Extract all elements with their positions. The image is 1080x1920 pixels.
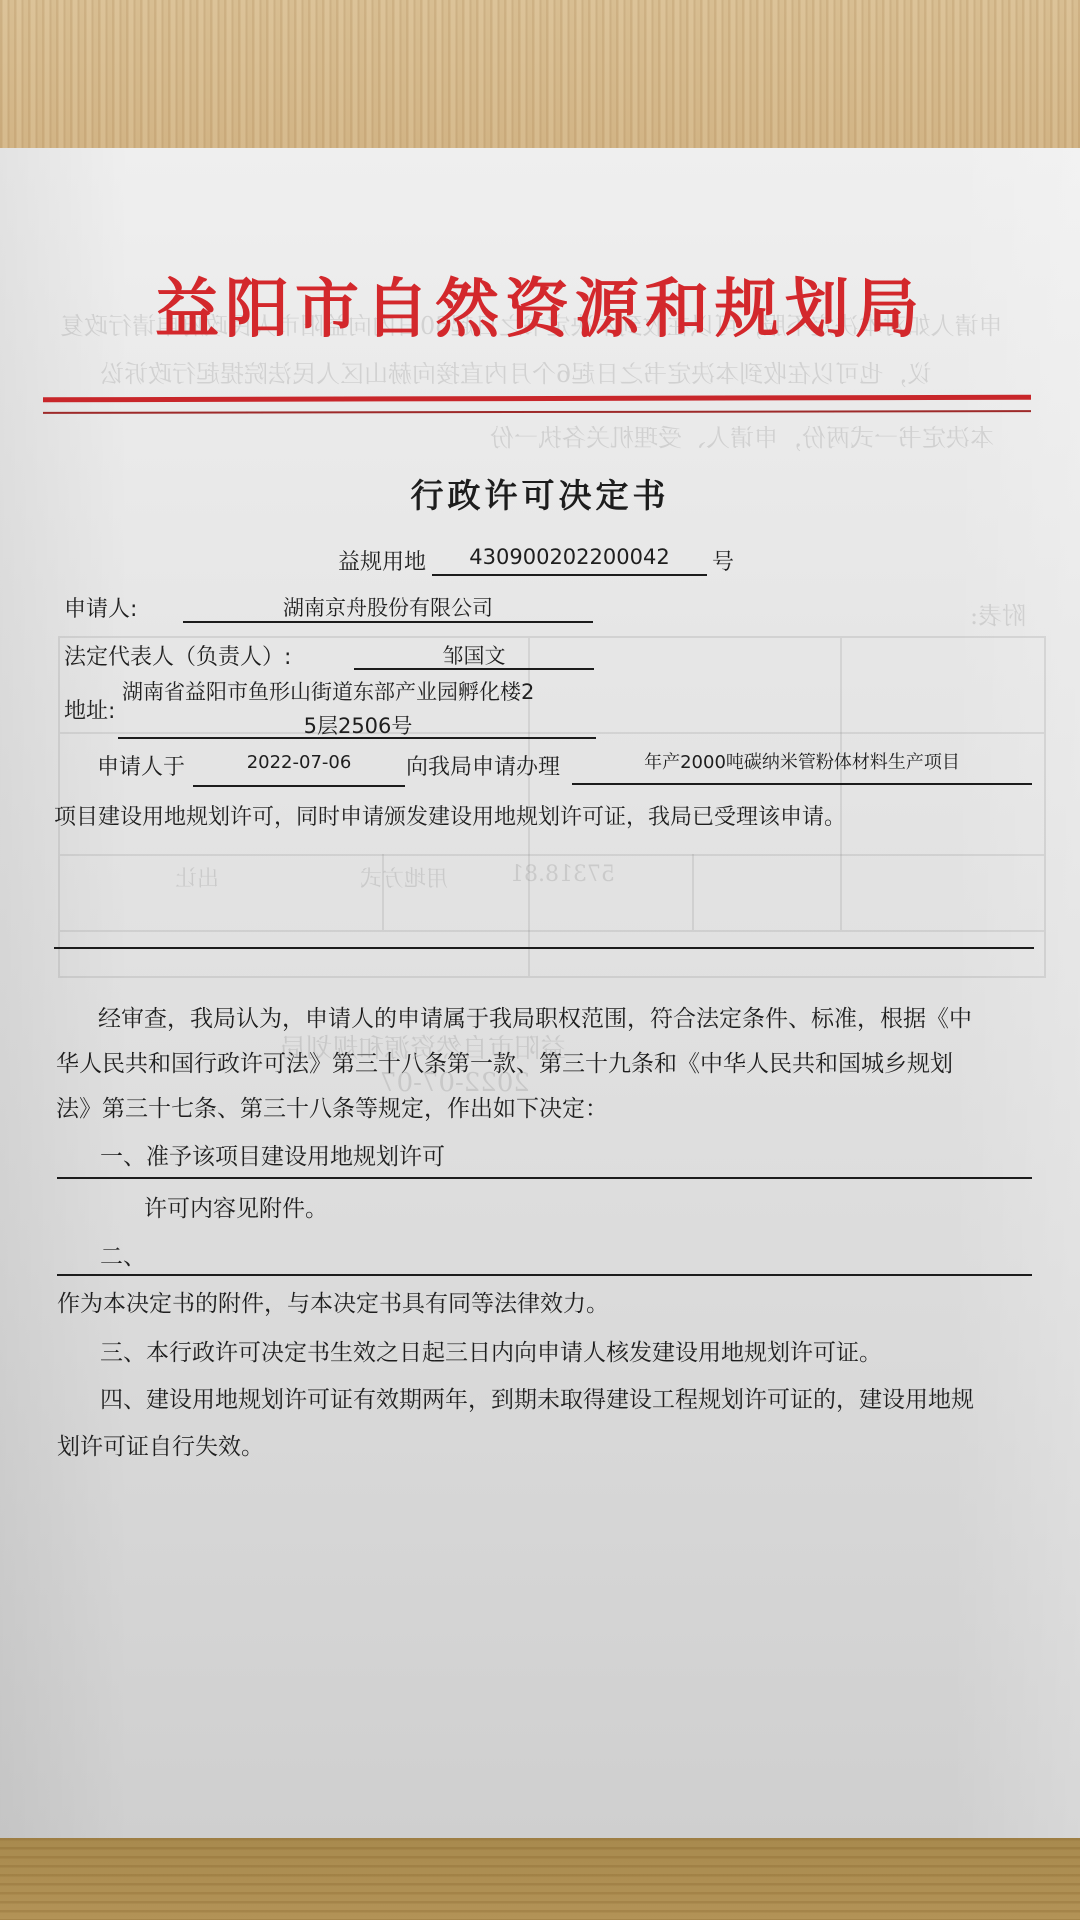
wooden-table-background-bottom	[0, 1838, 1080, 1920]
application-tail: 项目建设用地规划许可，同时申请颁发建设用地规划许可证，我局已受理该申请。	[54, 800, 846, 831]
bleed-through-text: 出让	[175, 862, 219, 893]
application-project: 年产2000吨碳纳米管粉体材料生产项目	[572, 748, 1032, 774]
review-line-3: 法》第三十七条、第三十八条等规定，作出如下决定：	[56, 1090, 608, 1123]
review-line-2: 华人民共和国行政许可法》第三十八条第一款、第三十九条和《中华人民共和国城乡规划	[56, 1045, 953, 1078]
address-value-line1: 湖南省益阳市鱼形山街道东部产业园孵化楼2	[122, 676, 598, 706]
decision-item-4-line-1: 四、建设用地规划许可证有效期两年，到期未取得建设工程规划许可证的，建设用地规	[100, 1381, 974, 1414]
review-line-1: 经审查，我局认为，申请人的申请属于我局职权范围，符合法定条件、标准，根据《中	[98, 1000, 972, 1033]
bleed-through-text: 议，也可以在收到本决定书之日起6个月内直接向赫山区人民法院提起行政诉讼	[100, 354, 931, 389]
application-project-underline	[572, 783, 1032, 785]
decision-item-1-note: 许可内容见附件。	[144, 1190, 328, 1223]
legal-rep-label: 法定代表人（负责人）:	[64, 640, 291, 671]
decision-item-2: 二、	[100, 1238, 146, 1271]
application-middle: 向我局申请办理	[406, 750, 560, 781]
address-underline	[118, 737, 596, 739]
decision-item-4-line-2: 划许可证自行失效。	[57, 1428, 264, 1461]
bleed-through-text: 本决定书一式两份，申请人、受理机关各执一份	[490, 418, 994, 453]
application-date-underline	[193, 785, 405, 787]
application-date: 2022-07-06	[193, 752, 405, 773]
applicant-label: 申请人:	[64, 592, 137, 623]
blank-rule	[54, 947, 1034, 949]
applicant-underline	[183, 621, 593, 623]
decision-item-1-underline	[57, 1177, 1032, 1179]
legal-rep-value: 邹国文	[354, 640, 594, 670]
decision-item-2-note: 作为本决定书的附件，与本决定书具有同等法律效力。	[57, 1285, 609, 1318]
doc-number-suffix: 号	[712, 545, 734, 576]
doc-number-value: 430900202200042	[432, 545, 707, 569]
decision-item-2-underline	[57, 1274, 1032, 1276]
document-title: 行政许可决定书	[0, 470, 1080, 517]
decision-item-3: 三、本行政许可决定书生效之日起三日内向申请人核发建设用地规划许可证。	[100, 1334, 882, 1367]
wooden-table-background-top	[0, 0, 1080, 150]
bleed-through-text: 57318.81	[510, 862, 615, 887]
application-lead: 申请人于	[97, 750, 185, 781]
address-value-line2: 5层2506号	[120, 710, 596, 740]
decision-item-1: 一、准予该项目建设用地规划许可	[100, 1138, 445, 1171]
bleed-through-label: 附表:	[970, 596, 1026, 631]
doc-number-prefix: 益规用地	[338, 545, 426, 576]
address-label: 地址:	[64, 694, 115, 725]
doc-number-underline	[432, 574, 707, 576]
legal-rep-underline	[354, 668, 594, 670]
applicant-value: 湖南京舟股份有限公司	[183, 592, 593, 622]
letterhead-organization: 益阳市自然资源和规划局	[0, 258, 1080, 350]
bleed-through-text: 用地方式	[360, 862, 448, 893]
